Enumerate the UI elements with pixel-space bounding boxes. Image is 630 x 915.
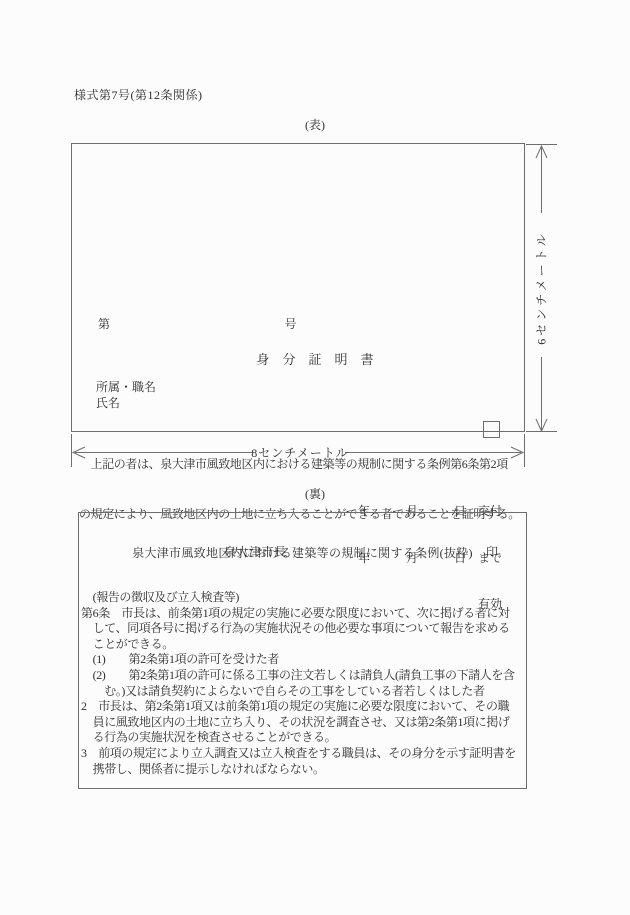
seal-box: [483, 421, 500, 438]
form-number-label: 様式第7号(第12条関係): [74, 86, 203, 103]
ordinance-line: む。)又は請負契約によらないで自らその工事をしている者若しくはした者: [81, 684, 516, 700]
width-dimension-label: 8センチメートル: [245, 444, 355, 461]
name-label: 氏名: [96, 396, 156, 412]
document-page: 様式第7号(第12条関係) (表) 第号 身 分 証 明 書 所属・職名 氏名 …: [0, 0, 630, 915]
back-card: 泉大津市風致地区内における建築等の規制に関する条例(抜粋) (報告の徴収及び立入…: [78, 512, 527, 789]
front-card: 第号 身 分 証 明 書 所属・職名 氏名 上記の者は、泉大津市風致地区内におけ…: [71, 143, 525, 432]
ordinance-excerpt: (報告の徴収及び立入検査等) 第6条 市長は、前条第1項の規定の実施に必要な限度…: [81, 590, 516, 777]
ordinance-line: 携帯し、関係者に提示しなければならない。: [81, 762, 516, 778]
ordinance-line: る行為の実施状況を検査させることができる。: [81, 730, 516, 746]
holder-fields: 所属・職名 氏名: [96, 380, 156, 411]
ordinance-line: 員に風致地区内の土地に立ち入り、その状況を調査させ、又は第2条第1項に掲げ: [81, 715, 516, 731]
certificate-number-row: 第号: [98, 315, 297, 332]
ordinance-line: (1) 第2条第1項の許可を受けた者: [81, 652, 516, 668]
ordinance-line: 2 市長は、第2条第1項又は前条第1項の規定の実施に必要な限度において、その職: [81, 699, 516, 715]
ordinance-line: して、同項各号に掲げる行為の実施状況その他必要な事項について報告を求める: [81, 621, 516, 637]
ordinance-line: 第6条 市長は、前条第1項の規定の実施に必要な限度において、次に掲げる者に対: [81, 606, 516, 622]
height-dimension-label: 6センチメートル: [533, 231, 550, 345]
back-side-label: (裏): [0, 485, 630, 502]
affiliation-label: 所属・職名: [96, 380, 156, 396]
ordinance-line: (2) 第2条第1項の許可に係る工事の注文若しくは請負人(請負工事の下請人を含: [81, 668, 516, 684]
ordinance-line: (報告の徴収及び立入検査等): [81, 590, 516, 606]
certificate-title: 身 分 証 明 書: [72, 349, 524, 368]
number-suffix: 号: [285, 317, 298, 331]
ordinance-line: ことができる。: [81, 637, 516, 653]
front-side-label: (表): [0, 116, 630, 133]
number-prefix: 第: [98, 317, 111, 331]
ordinance-line: 3 前項の規定により立入調査又は立入検査をする職員は、その身分を示す証明書を: [81, 746, 516, 762]
ordinance-title: 泉大津市風致地区内における建築等の規制に関する条例(抜粋): [79, 544, 526, 561]
